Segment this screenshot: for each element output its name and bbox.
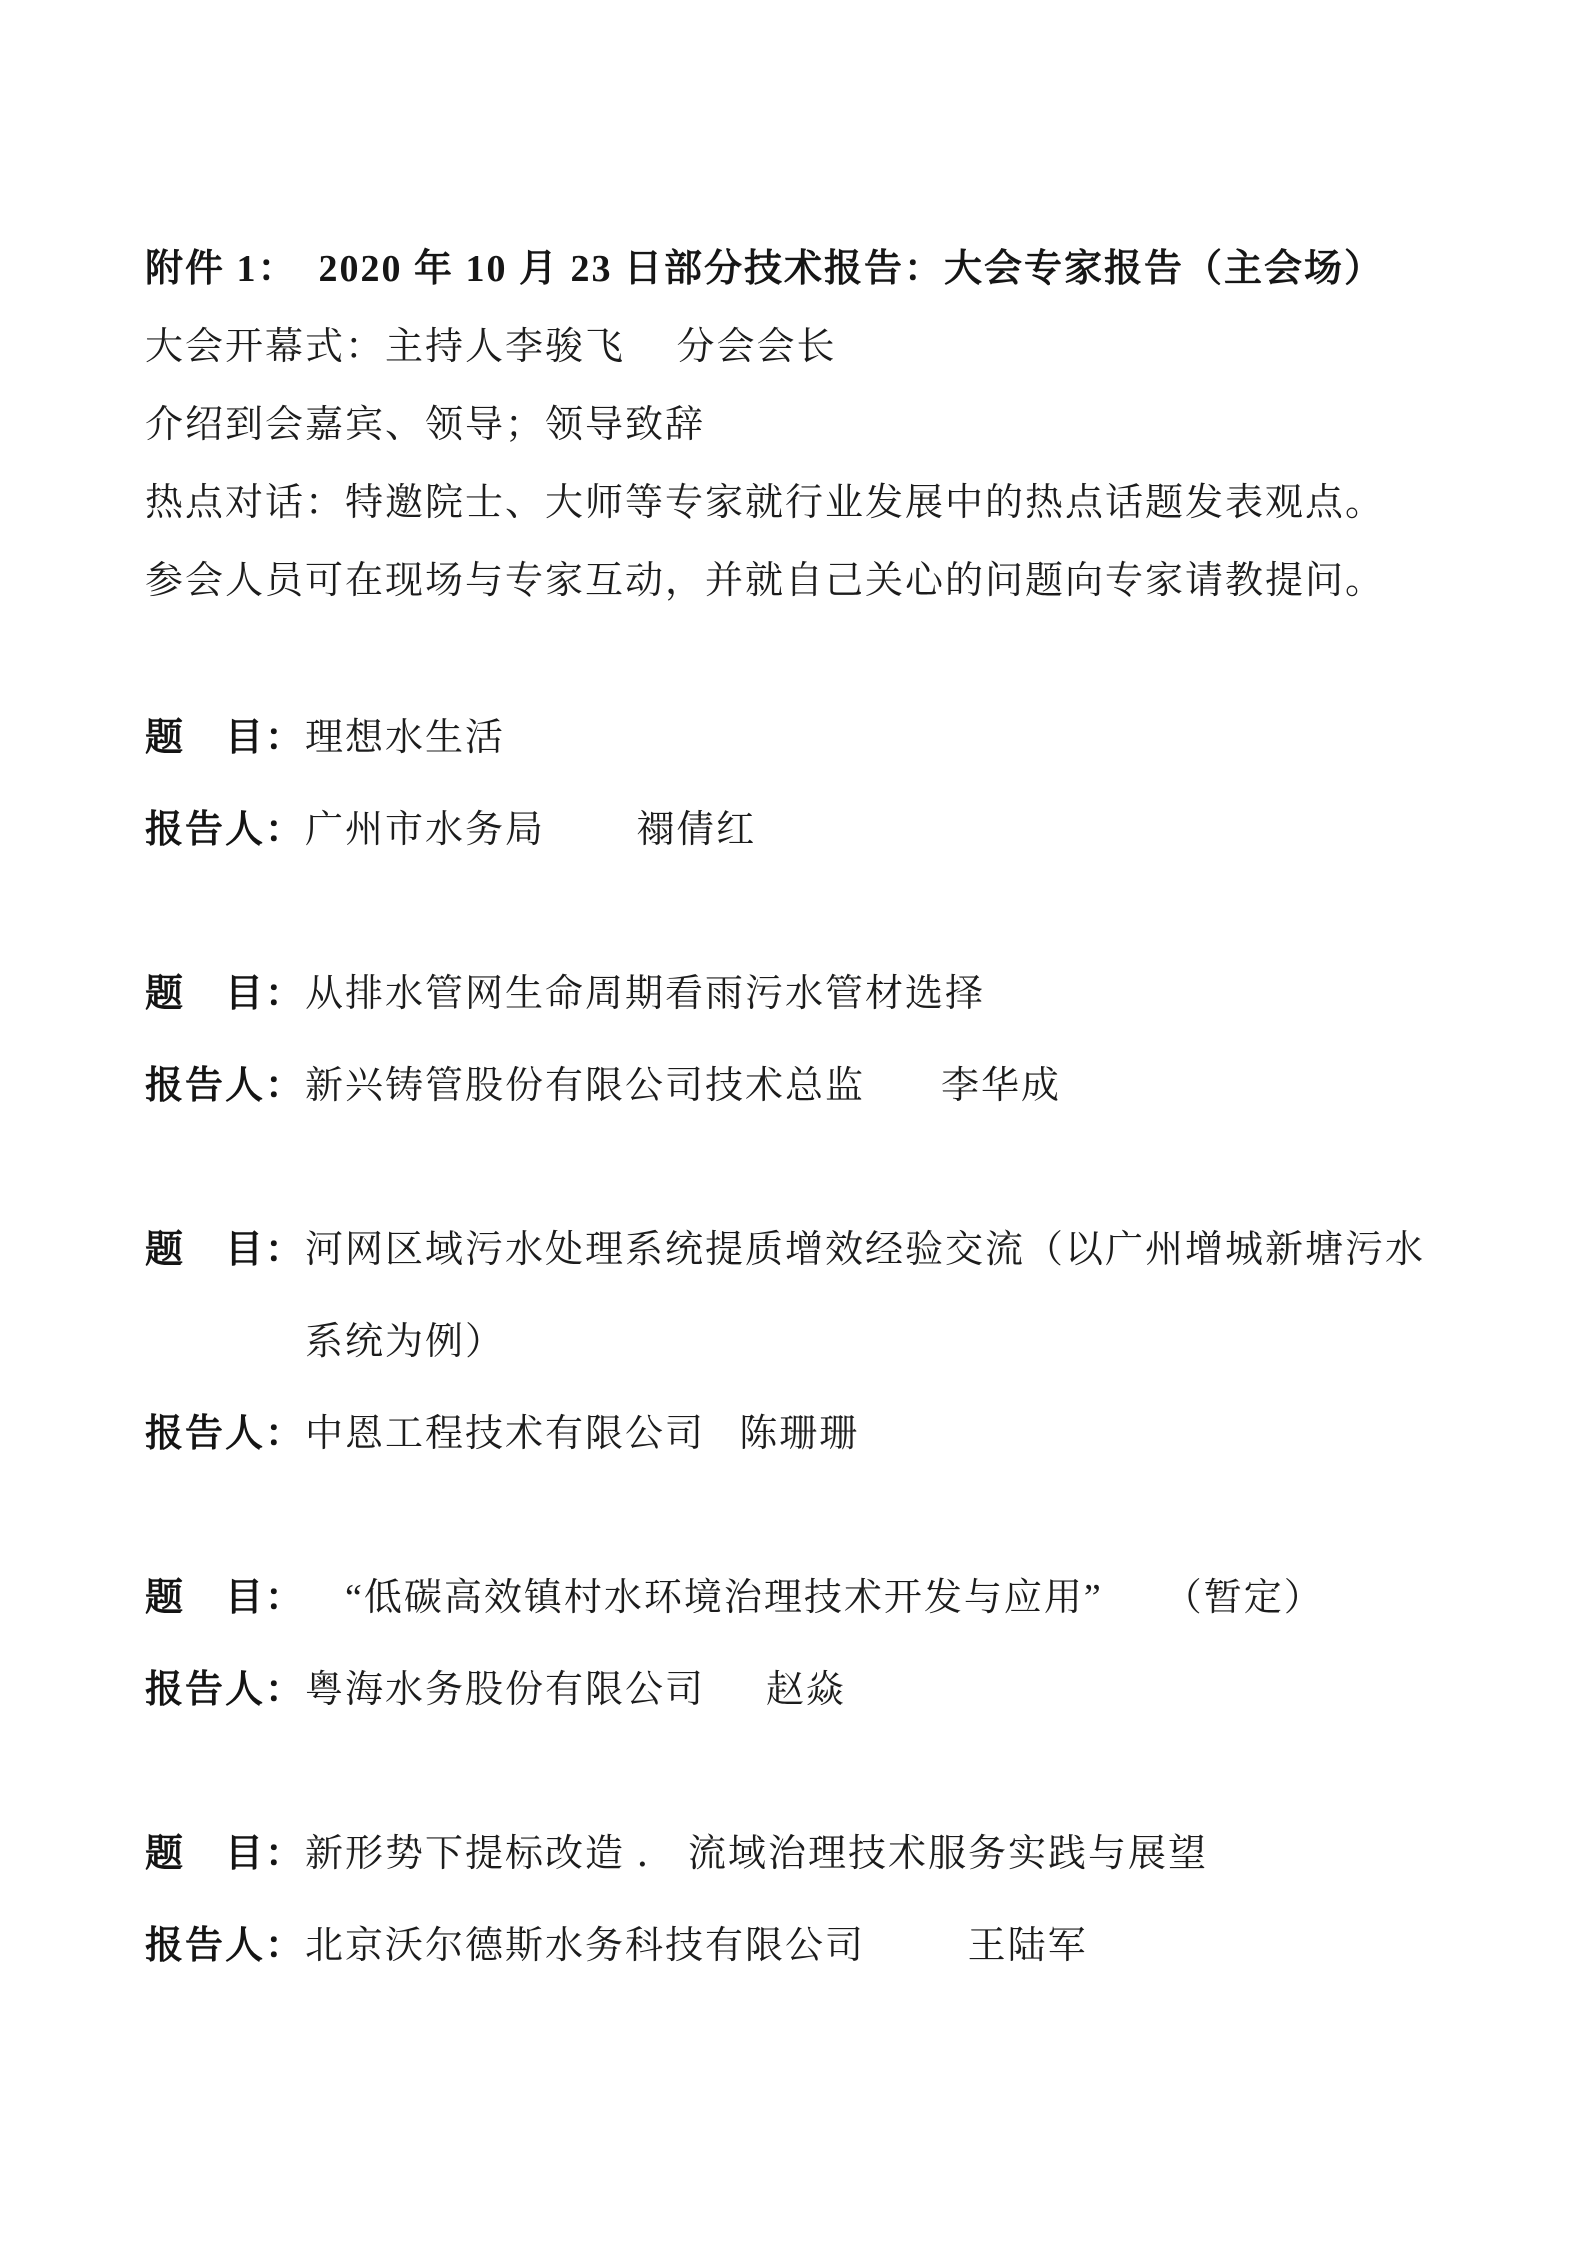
topic-text: “低碳高效镇村水环境治理技术开发与应用” （暂定） bbox=[305, 1552, 1324, 1644]
speaker-label: 报告人： bbox=[145, 1644, 305, 1736]
topic-label: 题 目： bbox=[145, 1552, 305, 1644]
speaker-label: 报告人： bbox=[145, 784, 305, 876]
speaker-org: 新兴铸管股份有限公司技术总监 bbox=[305, 1040, 865, 1132]
speaker-org: 中恩工程技术有限公司 bbox=[305, 1388, 705, 1480]
speaker-org: 粤海水务股份有限公司 bbox=[305, 1644, 705, 1736]
session-block-3: 题 目： 河网区域污水处理系统提质增效经验交流（以广州增城新塘污水系统为例） 报… bbox=[145, 1204, 1476, 1480]
session-block-2: 题 目： 从排水管网生命周期看雨污水管材选择 报告人： 新兴铸管股份有限公司技术… bbox=[145, 948, 1476, 1132]
speaker-org: 广州市水务局 bbox=[305, 784, 545, 876]
topic-row: 题 目： 从排水管网生命周期看雨污水管材选择 bbox=[145, 948, 1476, 1040]
speaker-name: 王陆军 bbox=[968, 1900, 1088, 1992]
speaker-label: 报告人： bbox=[145, 1388, 305, 1480]
attachment-title: 附件 1： 2020 年 10 月 23 日部分技术报告：大会专家报告（主会场） bbox=[145, 230, 1476, 308]
session-block-4: 题 目： “低碳高效镇村水环境治理技术开发与应用” （暂定） 报告人： 粤海水务… bbox=[145, 1552, 1476, 1736]
topic-label: 题 目： bbox=[145, 692, 305, 784]
topic-label: 题 目： bbox=[145, 1204, 305, 1296]
speaker-label: 报告人： bbox=[145, 1040, 305, 1132]
session-block-1: 题 目： 理想水生活 报告人： 广州市水务局 禤倩红 bbox=[145, 692, 1476, 876]
topic-label: 题 目： bbox=[145, 1808, 305, 1900]
session-block-5: 题 目： 新形势下提标改造 ． 流域治理技术服务实践与展望 报告人： 北京沃尔德… bbox=[145, 1808, 1476, 1992]
speaker-name: 赵焱 bbox=[766, 1644, 846, 1736]
topic-text: 新形势下提标改造 ． 流域治理技术服务实践与展望 bbox=[305, 1808, 1208, 1900]
topic-label: 题 目： bbox=[145, 948, 305, 1040]
topic-row: 题 目： 理想水生活 bbox=[145, 692, 1476, 784]
speaker-name: 禤倩红 bbox=[636, 784, 756, 876]
speaker-name: 陈珊珊 bbox=[739, 1388, 859, 1480]
speaker-label: 报告人： bbox=[145, 1900, 305, 1992]
intro-line-opening: 大会开幕式：主持人李骏飞 分会会长 bbox=[145, 308, 1476, 386]
topic-row: 题 目： “低碳高效镇村水环境治理技术开发与应用” （暂定） bbox=[145, 1552, 1476, 1644]
document-page: 附件 1： 2020 年 10 月 23 日部分技术报告：大会专家报告（主会场）… bbox=[0, 0, 1586, 2242]
topic-row: 题 目： 新形势下提标改造 ． 流域治理技术服务实践与展望 bbox=[145, 1808, 1476, 1900]
speaker-row: 报告人： 粤海水务股份有限公司 赵焱 bbox=[145, 1644, 1476, 1736]
topic-text: 理想水生活 bbox=[305, 692, 505, 784]
intro-line-interaction: 参会人员可在现场与专家互动，并就自己关心的问题向专家请教提问。 bbox=[145, 542, 1476, 620]
intro-line-guests: 介绍到会嘉宾、领导；领导致辞 bbox=[145, 386, 1476, 464]
speaker-row: 报告人： 新兴铸管股份有限公司技术总监 李华成 bbox=[145, 1040, 1476, 1132]
topic-text: 从排水管网生命周期看雨污水管材选择 bbox=[305, 948, 985, 1040]
speaker-org: 北京沃尔德斯水务科技有限公司 bbox=[305, 1900, 865, 1992]
intro-line-hot-topics: 热点对话：特邀院士、大师等专家就行业发展中的热点话题发表观点。 bbox=[145, 464, 1476, 542]
speaker-row: 报告人： 北京沃尔德斯水务科技有限公司 王陆军 bbox=[145, 1900, 1476, 1992]
topic-row: 题 目： 河网区域污水处理系统提质增效经验交流（以广州增城新塘污水系统为例） bbox=[145, 1204, 1476, 1388]
speaker-name: 李华成 bbox=[941, 1040, 1061, 1132]
speaker-row: 报告人： 广州市水务局 禤倩红 bbox=[145, 784, 1476, 876]
speaker-row: 报告人： 中恩工程技术有限公司 陈珊珊 bbox=[145, 1388, 1476, 1480]
topic-text: 河网区域污水处理系统提质增效经验交流（以广州增城新塘污水系统为例） bbox=[305, 1204, 1425, 1388]
